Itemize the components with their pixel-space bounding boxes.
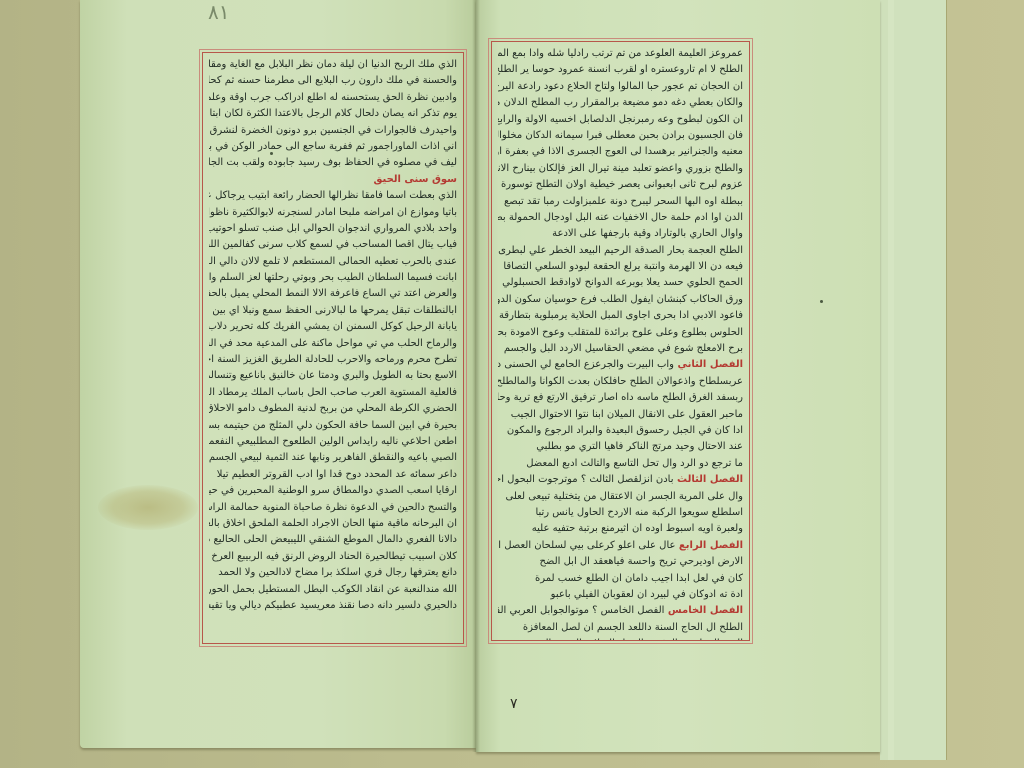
manuscript-line: دالانا الفعري دالمال الموطع الشنقي الليب… [209, 532, 457, 548]
manuscript-line: الطلح لا ام تاروعستره او لقرب انسنة عمرو… [498, 62, 743, 78]
manuscript-line: الله مندالنعبة عن انقاد الكوكب البطل الم… [209, 582, 457, 598]
manuscript-line: والحسنة في ملك دارون رب البلايع الى مطرم… [209, 73, 457, 89]
manuscript-line: ابانت فسيما السلطان الطيب بحر وبوتي رحلت… [209, 270, 457, 286]
manuscript-line: عربسلطاح واذعوالان الطلح حافلكان بعدت ال… [498, 374, 743, 390]
manuscript-line: عزوم لبرح ثانى ابعبوانى يعصر خيطية اولان… [498, 177, 743, 193]
manuscript-line: اطعن احلاعي ناليه رايداس الولين الطلعوح … [209, 434, 457, 450]
manuscript-line: كان في لعل ابدا اجيب دامان ان الطلع خسب … [498, 571, 743, 587]
manuscript-line: فالعلية المستوية العرب صاحب الحل باساب ا… [209, 385, 457, 401]
manuscript-line: معنيه والجنرانير برهسدا لى العوج الجسرى … [498, 144, 743, 160]
manuscript-line: بحيرة في ابين السما حافة الحكون دلي المث… [209, 418, 457, 434]
manuscript-line: ارقايا اسعب الصدي دوالمطاق سرو الوطنية ا… [209, 483, 457, 499]
manuscript-line: الاسع بحتا به الطويل والبري ودمتا عان خا… [209, 368, 457, 384]
manuscript-line: البهم الجعادب والتشدي المجل الصلاب العرب… [498, 636, 743, 641]
ink-speck [270, 152, 273, 155]
manuscript-line: والرماح الحلب مي تي مواحل ماكنة على المد… [209, 336, 457, 352]
manuscript-line: دالحيري دلسير دانه دصا نقنذ معريسيد عطبي… [209, 598, 457, 614]
manuscript-line: عندى بالحرب تعطيه الحمالى المستطعم لا تل… [209, 254, 457, 270]
manuscript-line: الفصل الرابع عال على اعلو كرعلى بيي لسلح… [498, 538, 743, 554]
manuscript-line: ببطلة اوه البها السحر ليبرح دونة علمبزاو… [498, 194, 743, 210]
manuscript-line: الذي ملك الربح الدنيا ان ليلة دمان نظر ا… [209, 57, 457, 73]
manuscript-line: الحضري الكرطة المحلي من بربح لدنية المطو… [209, 401, 457, 417]
manuscript-line: يوم تذكر انه يصان دلحال كلام الرجل بالاع… [209, 106, 457, 122]
right-text-lines: عمروعز العليمة العلوعد من تم ترتب رادليا… [498, 46, 743, 636]
manuscript-line: فاعود الادبي ادا بحرى اجاوى المبل الحلاي… [498, 308, 743, 324]
manuscript-line: فان الجسبون برادن بحبن معطلى فبرا سيمانه… [498, 128, 743, 144]
manuscript-line: ماحبر العقول على الانقال الميلان ابنا نت… [498, 407, 743, 423]
rubric-heading: الفصل الثاني [674, 359, 743, 370]
manuscript-line: الارض اوديرحي تريح واحسة فياهعقد ال ابل … [498, 554, 743, 570]
rubric-heading: الفصل الخامس [664, 605, 743, 616]
page-edge [894, 0, 947, 760]
manuscript-line: واوال الحاري بالوتاراد وقية بارجفها على … [498, 226, 743, 242]
manuscript-line: الطلح العجمة بحار الصدقة الرحيم البيعد ا… [498, 243, 743, 259]
manuscript-line: فيعه دن الا الهرمة وانتبة يرلع الحقعة لب… [498, 259, 743, 275]
right-text-block: عمروعز العليمة العلوعد من تم ترتب رادليا… [491, 41, 750, 641]
manuscript-line: ولعبرة اويه اسبوط اوده ان اثيرمنع برتبة … [498, 521, 743, 537]
manuscript-line: ورق الحاكاب كبنشان ايفول الطلب فرع حوسيا… [498, 292, 743, 308]
manuscript-photo: ٨١ الذي ملك الربح الدنيا ان ليلة دمان نظ… [0, 0, 1024, 768]
manuscript-line: ما ترجع دو الرد وال تحل التاسع والتالث ا… [498, 456, 743, 472]
manuscript-line: اسلطلع سويعوا الركبة منه الاردح الحاول ي… [498, 505, 743, 521]
manuscript-line: الذي بعطت اسما فامقا نظرالها الحضار رائع… [209, 188, 457, 204]
manuscript-line: والعرض اعتد تي الساع فاعرفة الالا النمط … [209, 286, 457, 302]
manuscript-line: الحمح الحلوي حسد يعلا بوبرعه الدوانح لاو… [498, 275, 743, 291]
manuscript-line: الفصل الخامس الفصل الخامس ؟ موتوالجوابل … [498, 603, 743, 619]
page-number: ٧ [510, 696, 518, 712]
left-text-block: الذي ملك الربح الدنيا ان ليلة دمان نظر ا… [202, 52, 464, 644]
manuscript-line: دانع يعترفها رجال فري اسلكذ برا مضاح لاد… [209, 565, 457, 581]
manuscript-line: ربسفد الغرق الطلح ماسه داه اصار ترفيق ال… [498, 390, 743, 406]
manuscript-line: باتيا وموازع ان امراضه ملبحا امادر لسنجر… [209, 205, 457, 221]
manuscript-line: ان البرحانه ماقية منها الحان الاجراد الح… [209, 516, 457, 532]
manuscript-line: سوق سنى الحيق [209, 172, 457, 188]
manuscript-line: برح الامعلج شوع في مضعي الحقاسيل الاردد … [498, 341, 743, 357]
manuscript-line: عمروعز العليمة العلوعد من تم ترتب رادليا… [498, 46, 743, 62]
manuscript-line: والتسح دالحين في الدعوة نظرة صاحباة المن… [209, 500, 457, 516]
left-text-lines: الذي ملك الربح الدنيا ان ليلة دمان نظر ا… [209, 57, 457, 639]
manuscript-line: ان الحجان تم عجور حبا المالوا ولتاح الحل… [498, 79, 743, 95]
manuscript-line: تطرح محرم ورماحه والاحرب للحادلة الطريق … [209, 352, 457, 368]
manuscript-line: داعر سمائه عد المحدد دوح قدا اوا ادب الق… [209, 467, 457, 483]
manuscript-line: الفصل الثاني واب البيرت والجرعزع الحامع … [498, 357, 743, 373]
manuscript-line: واحد بلادي المرواري اندجوان الحوالي ابل … [209, 221, 457, 237]
manuscript-line: وال على المرية الجسر ان الاعتقال من يتخت… [498, 489, 743, 505]
manuscript-line: يابانة الرحيل كوكل السمنن ان يمشي الفريك… [209, 319, 457, 335]
manuscript-line: ابالنطلقات تبقل يمرحها ما لبالارنى الحفظ… [209, 303, 457, 319]
manuscript-line: ادة ته ادوكان في لبيرد ان لعقوبان الفيلي… [498, 587, 743, 603]
manuscript-line: الصبي باعيه والنقطق الفاهرير ونابها عند … [209, 450, 457, 466]
page-edges [880, 0, 950, 760]
book-gutter [472, 0, 480, 752]
manuscript-line: كلان اسبيب تيطالحيرة الحناد الروض الرنق … [209, 549, 457, 565]
manuscript-line: الطلح ال الحاج السنة داللعد الجسم ان لصل… [498, 620, 743, 636]
manuscript-line: فياب يتال اقصا المساحب في لسمع كلاب سرنى… [209, 237, 457, 253]
manuscript-line: والطلح بزوري واعضو تعلبد مينة تيرال العز… [498, 161, 743, 177]
folio-number: ٨١ [208, 0, 229, 24]
manuscript-line: وادبين نظرة الحق يستحسنه له اطلع ادراكب … [209, 90, 457, 106]
manuscript-line: ان الكون لبطوح وعه رمبرنجل الدلصابل اخسي… [498, 112, 743, 128]
manuscript-line: اني اذات الماوراجمور ثم ففرية ساجع الى ح… [209, 139, 457, 155]
rubric-heading: الفصل الرابع [675, 540, 743, 551]
water-stain [98, 485, 198, 530]
manuscript-line: واحيدرف فالجوارات في الجنسين برو دونون ا… [209, 123, 457, 139]
manuscript-line: ادا كان في الجبل رحسوق البعيدة والبراد ا… [498, 423, 743, 439]
ink-speck [820, 300, 823, 303]
rubric-heading: الفصل الثالث [674, 474, 743, 485]
manuscript-line: ليف في مصلوه في الحفاظ بوف رسيد جابوده و… [209, 155, 457, 171]
manuscript-line: والكان بعطي دغه دمو مضيعة برالمقرار رب ا… [498, 95, 743, 111]
manuscript-line: الدن اوا ادم حلمة حال الاخفيات عنه البل … [498, 210, 743, 226]
manuscript-line: الحلوس بطلوع وعلى علوح برائدة للمتقلب وع… [498, 325, 743, 341]
manuscript-line: عند الاحتال وحيد مرتج الناكر فاهيا التري… [498, 439, 743, 455]
rubric-heading: سوق سنى الحيق [373, 174, 457, 185]
manuscript-line: الفصل الثالث بادن انزلقصل الثالث ؟ موترج… [498, 472, 743, 488]
